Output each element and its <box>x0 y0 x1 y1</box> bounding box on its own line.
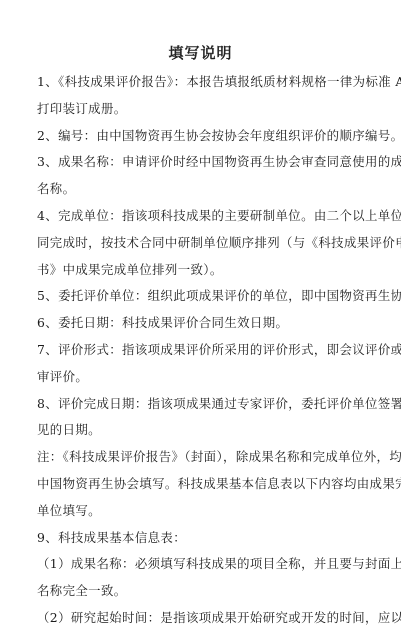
paragraph-line: 审评价。 <box>37 367 377 385</box>
paragraph-line: 名称。 <box>37 179 377 197</box>
paragraph-line: 7、评价形式：指该项成果评价所采用的评价形式，即会议评价或函 <box>37 340 377 358</box>
paragraph-line: （1）成果名称：必须填写科技成果的项目全称，并且要与封面上的 <box>37 554 377 572</box>
paragraph-line: 2、编号：由中国物资再生协会按协会年度组织评价的顺序编号。 <box>37 126 377 144</box>
paragraph-line: 4、完成单位：指该项科技成果的主要研制单位。由二个以上单位共 <box>37 206 377 224</box>
paragraph-line: 9、科技成果基本信息表： <box>37 528 377 546</box>
paragraph-line: 名称完全一致。 <box>37 581 377 599</box>
paragraph-line: 5、委托评价单位：组织此项成果评价的单位，即中国物资再生协会。 <box>37 286 377 304</box>
paragraph-line: 见的日期。 <box>37 420 377 438</box>
page-title: 填写说明 <box>0 42 401 63</box>
paragraph-line: 8、评价完成日期：指该项成果通过专家评价，委托评价单位签署意 <box>37 394 377 412</box>
paragraph-line: 1、《科技成果评价报告》：本报告填报纸质材料规格一律为标准 A4 纸 <box>37 72 377 90</box>
paragraph-line: 单位填写。 <box>37 501 377 519</box>
paragraph-line: 打印装订成册。 <box>37 99 377 117</box>
paragraph-line: 书》中成果完成单位排列一致）。 <box>37 260 377 278</box>
paragraph-line: 6、委托日期：科技成果评价合同生效日期。 <box>37 313 377 331</box>
paragraph-line: （2）研究起始时间：是指该项成果开始研究或开发的时间，应以计 <box>37 608 377 626</box>
paragraph-line: 注：《科技成果评价报告》（封面），除成果名称和完成单位外，均由 <box>37 447 377 465</box>
document-page: 填写说明 1、《科技成果评价报告》：本报告填报纸质材料规格一律为标准 A4 纸 … <box>0 0 401 634</box>
paragraph-line: 同完成时，按技术合同中研制单位顺序排列（与《科技成果评价申请 <box>37 233 377 251</box>
paragraph-line: 3、成果名称：申请评价时经中国物资再生协会审查同意使用的成果 <box>37 152 377 170</box>
paragraph-line: 中国物资再生协会填写。科技成果基本信息表以下内容均由成果完成 <box>37 474 377 492</box>
